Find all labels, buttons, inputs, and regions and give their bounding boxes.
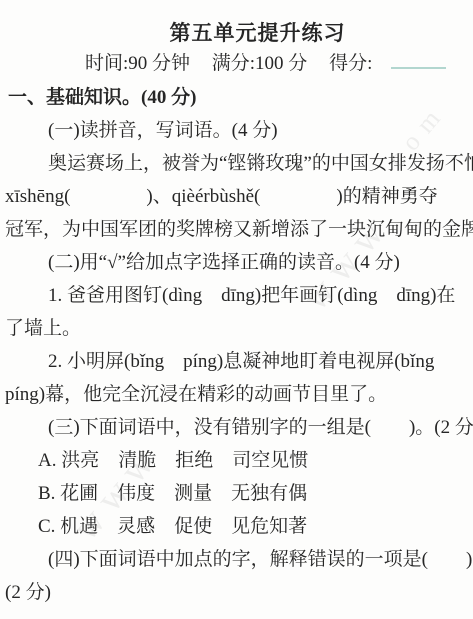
- part3-heading: (三)下面词语中，没有错别字的一组是( )。(2 分): [0, 411, 473, 444]
- part1-heading: (一)读拼音，写词语。(4 分): [0, 114, 473, 147]
- score-blank-line: [391, 54, 446, 69]
- part2-heading: (二)用“√”给加点字选择正确的读音。(4 分): [0, 246, 473, 279]
- section1-heading: 一、基础知识。(40 分): [0, 81, 473, 114]
- info-score-label: 得分:: [329, 53, 372, 74]
- part1-text-line1: 奥运赛场上，被誉为“铿锵玫瑰”的中国女排发扬不怕: [0, 147, 473, 180]
- part4-heading-line1: (四)下面词语中加点的字，解释错误的一项是( )。: [0, 543, 473, 576]
- part2-question2-line2: píng)幕，他完全沉浸在精彩的动画节目里了。: [0, 378, 473, 411]
- info-total-score: 满分:100 分: [212, 53, 308, 74]
- part1-text-line2: xīshēng( )、qièérbùshě( )的精神勇夺: [0, 180, 473, 213]
- part3-option-a: A. 洪亮 清脆 拒绝 司空见惯: [0, 444, 473, 477]
- exam-title: 第五单元提升练习: [0, 20, 473, 47]
- part3-option-c: C. 机遇 灵感 促使 见危知著: [0, 510, 473, 543]
- part3-option-b: B. 花圃 伟度 测量 无独有偶: [0, 477, 473, 510]
- exam-paper: www www com 第五单元提升练习 时间:90 分钟 满分:100 分 得…: [0, 0, 473, 619]
- info-time: 时间:90 分钟: [85, 53, 190, 74]
- part1-text-line3: 冠军，为中国军团的奖牌榜又新增添了一块沉甸甸的金牌。: [0, 213, 473, 246]
- exam-info-line: 时间:90 分钟 满分:100 分 得分:: [85, 47, 473, 81]
- part2-question1-line2: 了墙上。: [0, 312, 473, 345]
- part4-heading-line2: (2 分): [0, 576, 473, 609]
- part2-question2-line1: 2. 小明屏(bǐng píng)息凝神地盯着电视屏(bǐng: [0, 345, 473, 378]
- part2-question1-line1: 1. 爸爸用图钉(dìng dīng)把年画钉(dìng dīng)在: [0, 279, 473, 312]
